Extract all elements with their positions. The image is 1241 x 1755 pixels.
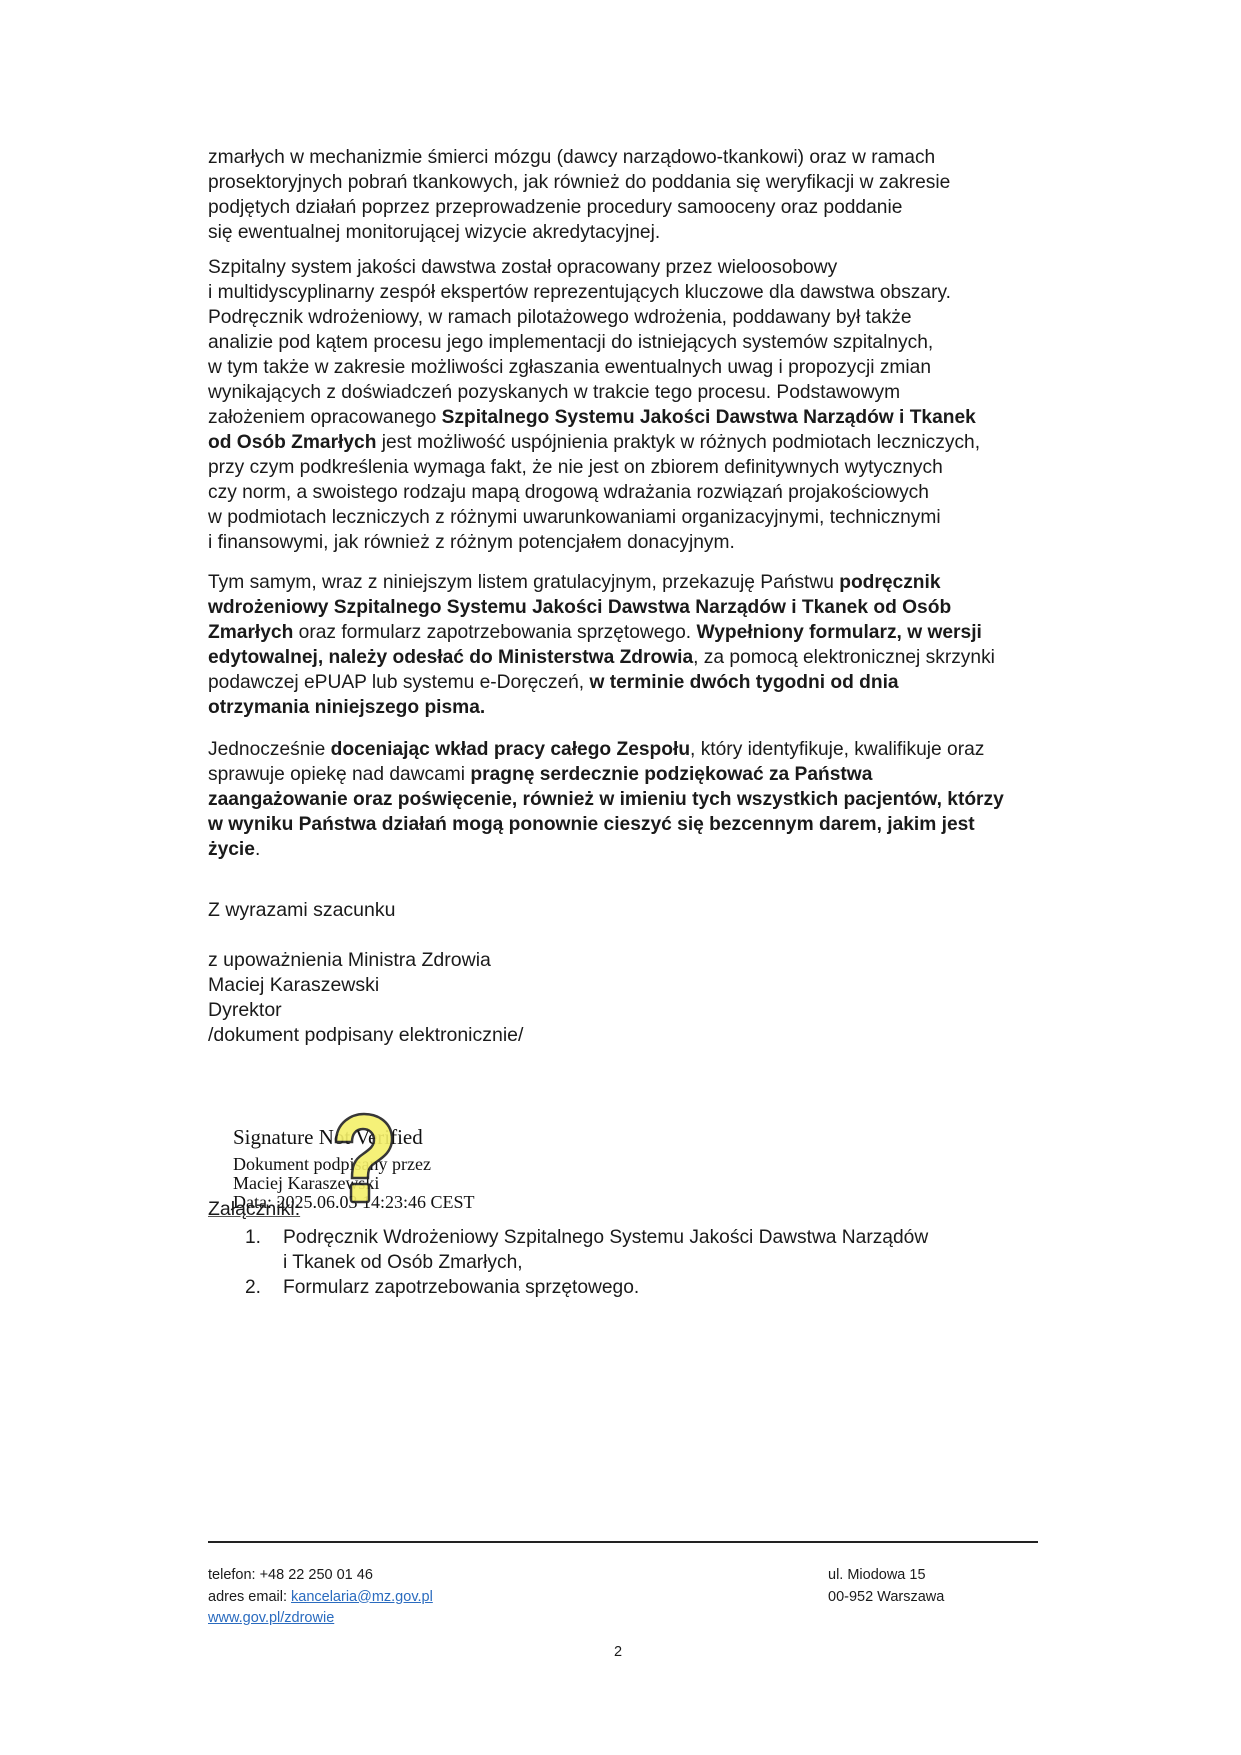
closing-authority: z upoważnienia Ministra Zdrowia — [208, 948, 491, 973]
signed-electronically-note: /dokument podpisany elektronicznie/ — [208, 1023, 523, 1048]
attachments-list: 1.Podręcznik Wdrożeniowy Szpitalnego Sys… — [208, 1225, 928, 1300]
footer-contact: telefon: +48 22 250 01 46 adres email: k… — [208, 1565, 433, 1630]
body-paragraph: Jednocześnie doceniając wkład pracy całe… — [208, 737, 1004, 862]
footer-website-link[interactable]: www.gov.pl/zdrowie — [208, 1610, 334, 1626]
attachment-item: 2.Formularz zapotrzebowania sprzętowego. — [208, 1275, 928, 1300]
footer-email-link[interactable]: kancelaria@mz.gov.pl — [291, 1589, 433, 1605]
footer-city: 00-952 Warszawa — [828, 1587, 944, 1609]
body-paragraph: Tym samym, wraz z niniejszym listem grat… — [208, 570, 995, 720]
page-number: 2 — [614, 1644, 622, 1660]
signer-name: Maciej Karaszewski — [208, 973, 379, 998]
footer-street: ul. Miodowa 15 — [828, 1565, 944, 1587]
footer-email-row: adres email: kancelaria@mz.gov.pl — [208, 1587, 433, 1609]
footer-address: ul. Miodowa 15 00-952 Warszawa — [828, 1565, 944, 1608]
document-page: zmarłych w mechanizmie śmierci mózgu (da… — [0, 0, 1241, 1755]
closing-salutation: Z wyrazami szacunku — [208, 898, 395, 923]
attachment-item: 1.Podręcznik Wdrożeniowy Szpitalnego Sys… — [208, 1225, 928, 1275]
footer-phone: telefon: +48 22 250 01 46 — [208, 1565, 433, 1587]
footer-divider — [208, 1541, 1038, 1543]
question-mark-icon — [328, 1112, 396, 1210]
footer-email-label: adres email: — [208, 1589, 291, 1605]
body-paragraph: Szpitalny system jakości dawstwa został … — [208, 255, 980, 555]
body-paragraph: zmarłych w mechanizmie śmierci mózgu (da… — [208, 145, 950, 245]
attachments-label: Załączniki: — [208, 1198, 300, 1221]
signer-position: Dyrektor — [208, 998, 282, 1023]
